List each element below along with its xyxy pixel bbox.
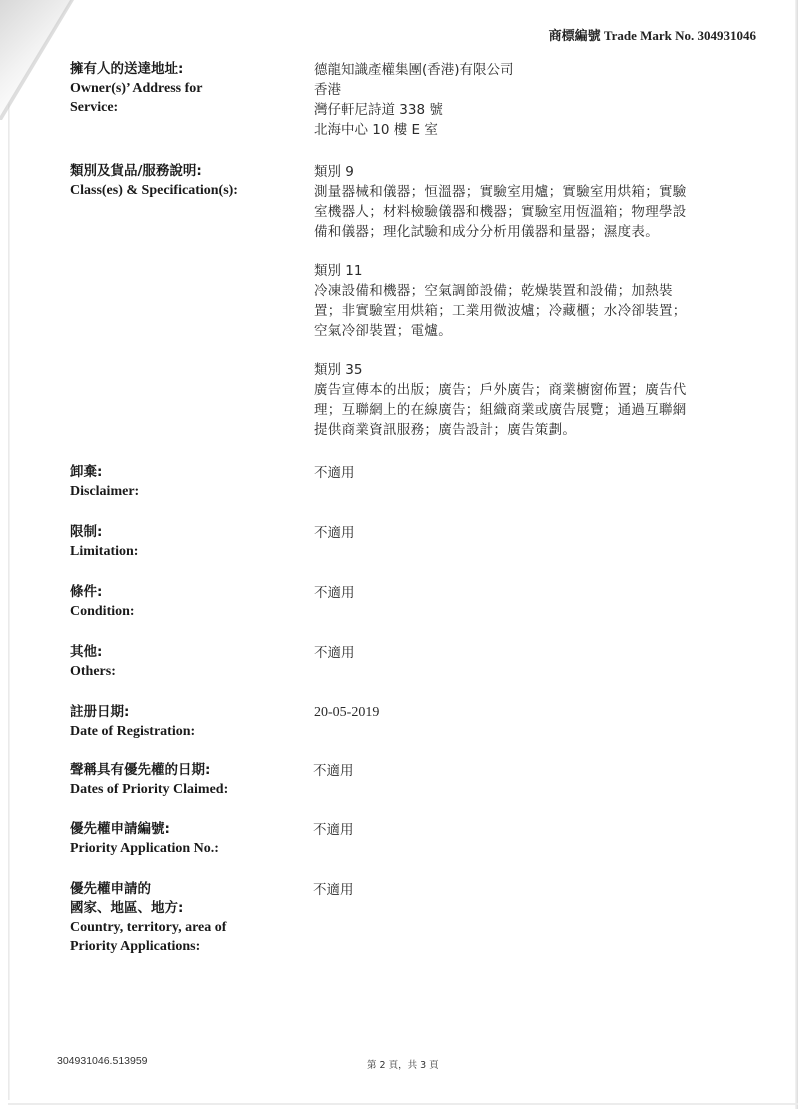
label-zh: 限制:: [70, 523, 310, 542]
field-value: 德龍知識產權集團(香港)有限公司 香港 灣仔軒尼詩道 338 號 北海中心 10…: [314, 60, 759, 140]
class-spec-line: 冷凍設備和機器；空氣調節設備；乾燥裝置和設備；加熱裝: [314, 281, 759, 301]
label-en: Limitation:: [70, 542, 310, 561]
label-en: Priority Applications:: [70, 937, 310, 956]
class-spec-line: 理；互聯網上的在線廣告；組織商業或廣告展覽；通過互聯網: [314, 400, 759, 420]
registration-date-value: 20-05-2019: [314, 705, 379, 720]
value-text: 不適用: [313, 882, 354, 898]
class-title: 類別 9: [314, 162, 759, 182]
label-zh: 條件:: [70, 583, 310, 602]
address-line: 德龍知識產權集團(香港)有限公司: [314, 60, 759, 80]
label-zh: 註册日期:: [70, 703, 310, 722]
field-label: 條件: Condition:: [70, 583, 310, 621]
field-label: 註册日期: Date of Registration:: [70, 703, 310, 741]
field-value: 不適用: [314, 463, 759, 484]
field-value: 不適用: [314, 583, 759, 604]
label-zh: 聲稱具有優先權的日期:: [70, 761, 310, 780]
field-label: 限制: Limitation:: [70, 523, 310, 561]
class-title: 類別 11: [314, 261, 759, 281]
field-label: 擁有人的送達地址: Owner(s)’ Address for Service:: [70, 60, 310, 117]
field-label: 卸棄: Disclaimer:: [70, 463, 310, 501]
field-value: 不適用: [313, 761, 758, 782]
trade-mark-number-header: 商標編號 Trade Mark No. 304931046: [549, 25, 756, 44]
class-spec-line: 提供商業資訊服務；廣告設計；廣告策劃。: [314, 420, 759, 440]
class-spec-line: 廣告宣傳本的出版；廣告；戶外廣告；商業櫥窗佈置；廣告代: [314, 380, 759, 400]
document-page: 商標編號 Trade Mark No. 304931046 擁有人的送達地址: …: [0, 0, 800, 1109]
field-value: 類別 9 測量器械和儀器；恒溫器；實驗室用爐；實驗室用烘箱；實驗 室機器人；材料…: [314, 162, 759, 459]
class-spec-line: 備和儀器；理化試驗和成分分析用儀器和量器；濕度表。: [314, 222, 759, 242]
label-zh: 擁有人的送達地址:: [70, 60, 310, 79]
label-en: Others:: [70, 662, 310, 681]
label-zh: 類別及貨品/服務說明:: [70, 162, 310, 181]
label-en: Dates of Priority Claimed:: [70, 780, 310, 799]
class-spec-line: 置；非實驗室用烘箱；工業用微波爐；冷藏櫃；水冷卻裝置；: [314, 301, 759, 321]
document-id: 304931046.513959: [57, 1055, 148, 1067]
value-text: 不適用: [313, 763, 354, 779]
address-line: 香港: [314, 80, 759, 100]
page-number: 第 2 頁，共 3 頁: [367, 1057, 439, 1071]
label-zh: 優先權申請編號:: [70, 820, 310, 839]
label-zh: 其他:: [70, 643, 310, 662]
label-zh: 國家、地區、地方:: [70, 899, 310, 918]
field-value: 不適用: [313, 880, 758, 901]
label-en: Disclaimer:: [70, 482, 310, 501]
value-text: 不適用: [313, 822, 354, 838]
class-title: 類別 35: [314, 360, 759, 380]
field-label: 優先權申請編號: Priority Application No.:: [70, 820, 310, 858]
value-text: 不適用: [314, 465, 355, 481]
label-zh: 卸棄:: [70, 463, 310, 482]
class-spec-line: 室機器人；材料檢驗儀器和機器；實驗室用恆溫箱；物理學設: [314, 202, 759, 222]
field-label: 類別及貨品/服務說明: Class(es) & Specification(s)…: [70, 162, 310, 200]
field-label: 其他: Others:: [70, 643, 310, 681]
scan-edge-bottom: [8, 1103, 798, 1105]
value-text: 不適用: [314, 585, 355, 601]
field-label: 優先權申請的 國家、地區、地方: Country, territory, are…: [70, 880, 310, 956]
field-value: 不適用: [314, 523, 759, 544]
address-line: 北海中心 10 樓 E 室: [314, 120, 759, 140]
class-spec-line: 空氣冷卻裝置；電爐。: [314, 321, 759, 341]
field-value: 不適用: [313, 820, 758, 841]
label-en: Country, territory, area of: [70, 918, 310, 937]
label-en: Owner(s)’ Address for: [70, 79, 310, 98]
scan-edge-left: [8, 40, 10, 1100]
label-en: Condition:: [70, 602, 310, 621]
scan-edge-right: [795, 0, 798, 1109]
value-text: 不適用: [314, 525, 355, 541]
class-spec-line: 測量器械和儀器；恒溫器；實驗室用爐；實驗室用烘箱；實驗: [314, 182, 759, 202]
class-block-35: 類別 35 廣告宣傳本的出版；廣告；戶外廣告；商業櫥窗佈置；廣告代 理；互聯網上…: [314, 360, 759, 440]
value-text: 不適用: [314, 645, 355, 661]
label-en: Priority Application No.:: [70, 839, 310, 858]
address-line: 灣仔軒尼詩道 338 號: [314, 100, 759, 120]
field-value: 不適用: [314, 643, 759, 664]
label-zh: 優先權申請的: [70, 880, 310, 899]
label-en: Service:: [70, 98, 310, 117]
label-en: Date of Registration:: [70, 722, 310, 741]
field-label: 聲稱具有優先權的日期: Dates of Priority Claimed:: [70, 761, 310, 799]
field-value: 20-05-2019: [314, 703, 759, 723]
class-block-9: 類別 9 測量器械和儀器；恒溫器；實驗室用爐；實驗室用烘箱；實驗 室機器人；材料…: [314, 162, 759, 242]
class-block-11: 類別 11 冷凍設備和機器；空氣調節設備；乾燥裝置和設備；加熱裝 置；非實驗室用…: [314, 261, 759, 341]
label-en: Class(es) & Specification(s):: [70, 181, 310, 200]
